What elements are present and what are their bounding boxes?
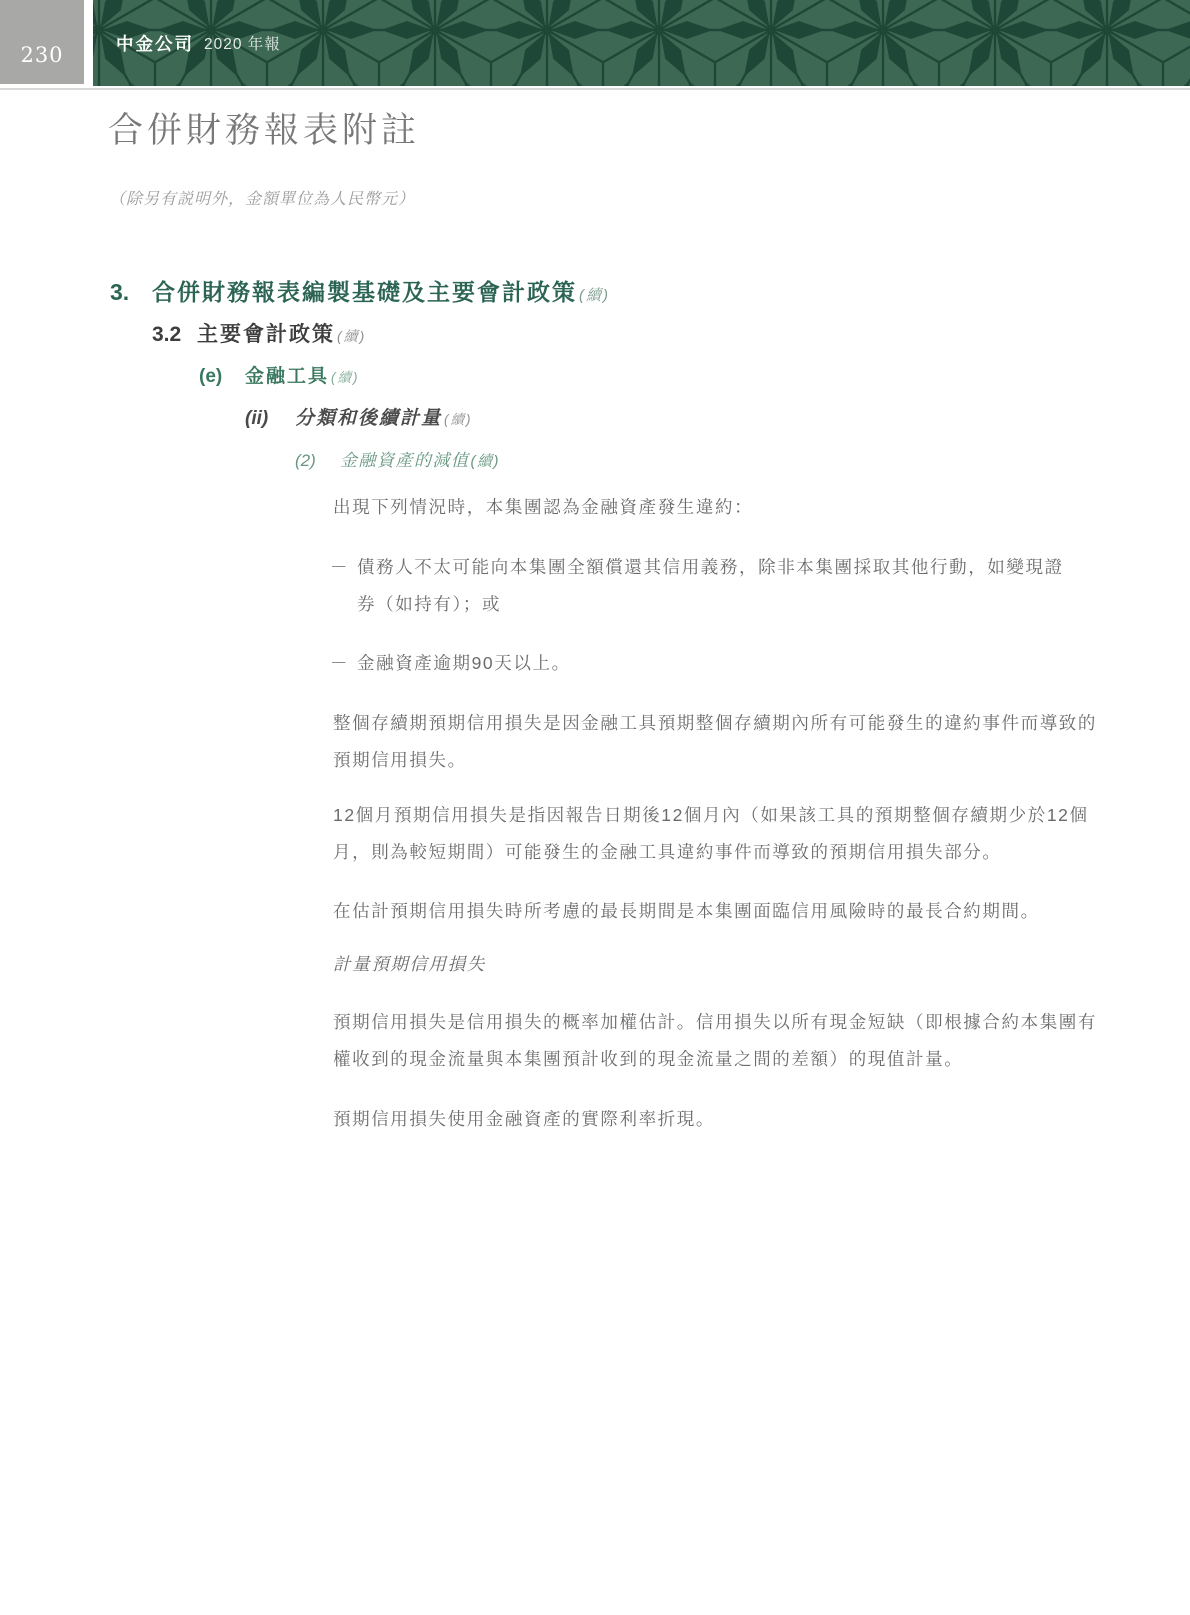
section-2-continued: (續) (471, 453, 501, 470)
section-2-heading: (2)金融資產的減值(續) (295, 446, 500, 471)
currency-note: （除另有説明外，金額單位為人民幣元） (109, 186, 415, 209)
section-32-continued: (續) (337, 328, 366, 344)
section-2-title: 金融資產的減值 (340, 451, 470, 470)
section-32-heading: 3.2主要會計政策(續) (152, 318, 366, 348)
section-3-heading: 3.合併財務報表編製基礎及主要會計政策(續) (110, 274, 610, 307)
section-e-continued: (續) (331, 370, 360, 385)
section-ii-heading: (ii)分類和後續計量(續) (245, 403, 473, 430)
page-number: 230 (20, 43, 63, 67)
section-32-number: 3.2 (152, 323, 197, 347)
brand-name: 中金公司 (116, 31, 194, 56)
bullet-dash: － (330, 549, 357, 623)
paragraph-lifetime-ecl: 整個存續期預期信用損失是因金融工具預期整個存續期內所有可能發生的違約事件而導致的… (333, 705, 1097, 779)
section-2-number: (2) (295, 451, 340, 471)
header-banner: 中金公司 2020 年報 (93, 0, 1190, 86)
section-3-number: 3. (110, 279, 152, 306)
bullet-item-1: － 債務人不太可能向本集團全額償還其信用義務，除非本集團採取其他行動，如變現證券… (330, 549, 1064, 623)
report-page: 230 (0, 0, 1190, 1615)
bullet-dash: － (330, 645, 357, 682)
paragraph-max-period: 在估計預期信用損失時所考慮的最長期間是本集團面臨信用風險時的最長合約期間。 (333, 893, 1040, 930)
banner-text: 中金公司 2020 年報 (116, 0, 281, 86)
header-divider (0, 88, 1190, 90)
section-ii-continued: (續) (444, 412, 473, 427)
section-e-number: (e) (199, 366, 245, 388)
paragraph-discount-rate: 預期信用損失使用金融資產的實際利率折現。 (333, 1101, 715, 1138)
document-title: 合併財務報表附註 (108, 103, 420, 153)
subheading-measuring-ecl: 計量預期信用損失 (333, 946, 486, 983)
section-e-title: 金融工具 (245, 366, 329, 387)
paragraph-probability-weighted: 預期信用損失是信用損失的概率加權估計。信用損失以所有現金短缺（即根據合約本集團有… (333, 1004, 1097, 1078)
section-e-heading: (e)金融工具(續) (199, 361, 360, 388)
section-3-title: 合併財務報表編製基礎及主要會計政策 (152, 279, 577, 305)
section-ii-title: 分類和後續計量 (295, 408, 442, 429)
section-32-title: 主要會計政策 (197, 323, 335, 346)
bullet-2-text: 金融資產逾期90天以上。 (357, 645, 571, 682)
paragraph-default-intro: 出現下列情況時，本集團認為金融資產發生違約： (333, 489, 753, 526)
paragraph-12month-ecl: 12個月預期信用損失是指因報告日期後12個月內（如果該工具的預期整個存續期少於1… (333, 797, 1089, 871)
bullet-item-2: － 金融資產逾期90天以上。 (330, 645, 571, 682)
section-ii-number: (ii) (245, 408, 295, 430)
section-3-continued: (續) (579, 287, 610, 304)
bullet-1-text: 債務人不太可能向本集團全額償還其信用義務，除非本集團採取其他行動，如變現證券（如… (357, 549, 1064, 623)
page-number-box: 230 (0, 0, 84, 84)
report-year: 2020 年報 (204, 32, 281, 54)
